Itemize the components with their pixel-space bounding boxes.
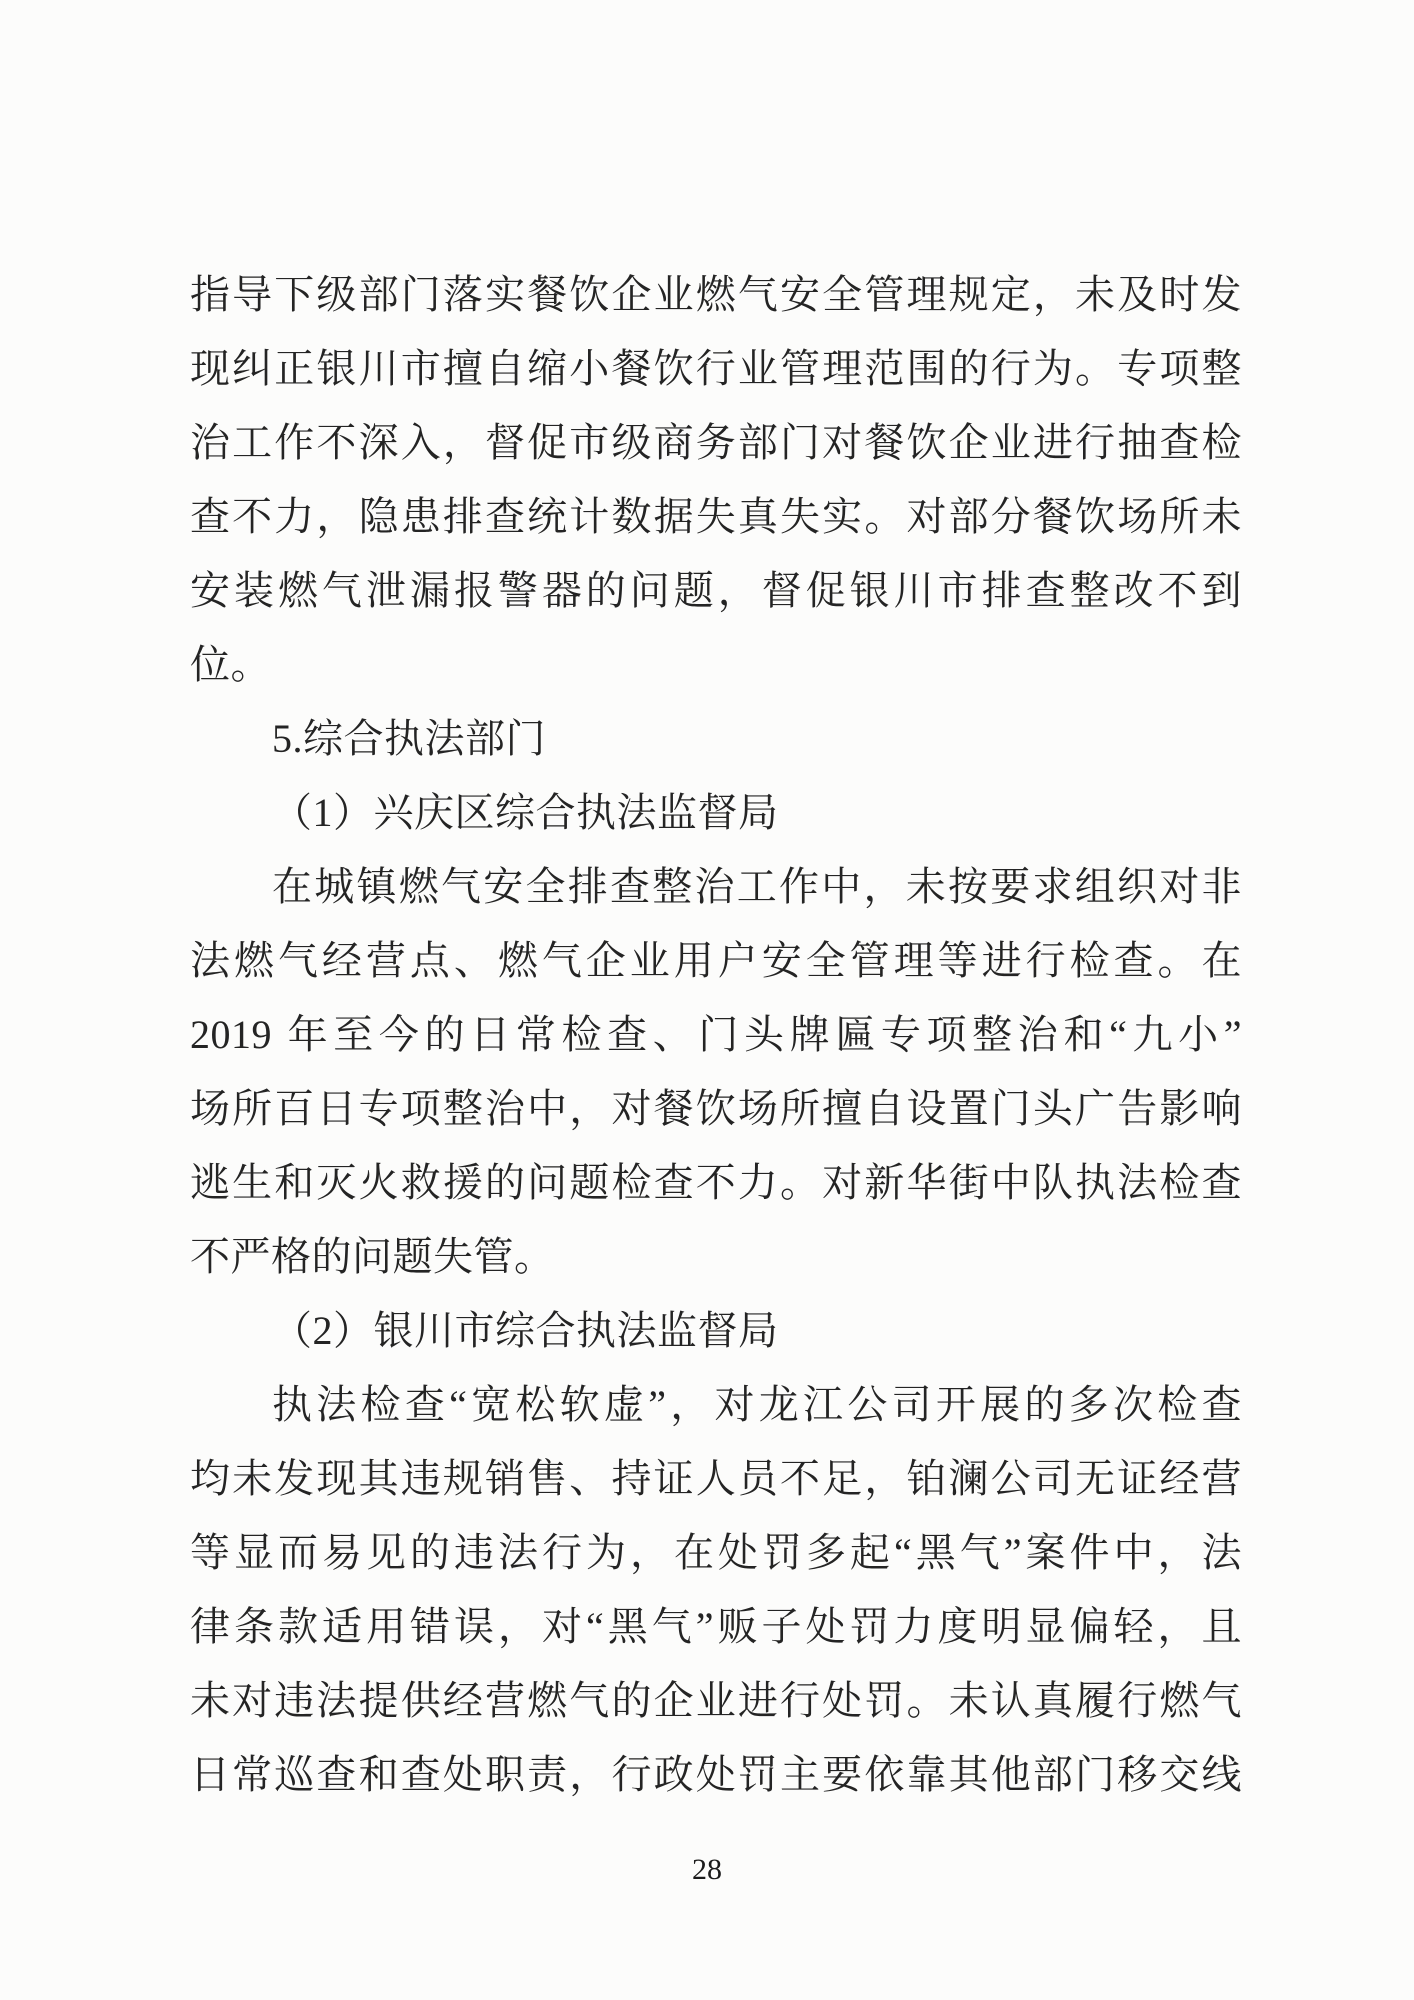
text-line: 查不力，隐患排查统计数据失真失实。对部分餐饮场所未 bbox=[190, 480, 1242, 554]
text-line: 场所百日专项整治中，对餐饮场所擅自设置门头广告影响 bbox=[190, 1072, 1242, 1146]
text-line: 治工作不深入，督促市级商务部门对餐饮企业进行抽查检 bbox=[190, 406, 1242, 480]
section-heading: 5.综合执法部门 bbox=[190, 702, 1242, 776]
text-line: 现纠正银川市擅自缩小餐饮行业管理范围的行为。专项整 bbox=[190, 332, 1242, 406]
text-line: 均未发现其违规销售、持证人员不足，铂澜公司无证经营 bbox=[190, 1442, 1242, 1516]
text-line: 位。 bbox=[190, 628, 1242, 702]
text-line: 等显而易见的违法行为，在处罚多起“黑气”案件中，法 bbox=[190, 1516, 1242, 1590]
text-line: 在城镇燃气安全排查整治工作中，未按要求组织对非 bbox=[190, 850, 1242, 924]
subsection-heading: （2）银川市综合执法监督局 bbox=[190, 1294, 1242, 1368]
text-line: 2019 年至今的日常检查、门头牌匾专项整治和“九小” bbox=[190, 998, 1242, 1072]
document-page: 指导下级部门落实餐饮企业燃气安全管理规定，未及时发 现纠正银川市擅自缩小餐饮行业… bbox=[0, 0, 1414, 2000]
document-body: 指导下级部门落实餐饮企业燃气安全管理规定，未及时发 现纠正银川市擅自缩小餐饮行业… bbox=[190, 258, 1242, 1812]
text-line: 不严格的问题失管。 bbox=[190, 1220, 1242, 1294]
text-line: 未对违法提供经营燃气的企业进行处罚。未认真履行燃气 bbox=[190, 1664, 1242, 1738]
text-line: 安装燃气泄漏报警器的问题，督促银川市排查整改不到 bbox=[190, 554, 1242, 628]
text-line: 法燃气经营点、燃气企业用户安全管理等进行检查。在 bbox=[190, 924, 1242, 998]
text-line: 执法检查“宽松软虚”，对龙江公司开展的多次检查 bbox=[190, 1368, 1242, 1442]
text-line: 逃生和灭火救援的问题检查不力。对新华街中队执法检查 bbox=[190, 1146, 1242, 1220]
subsection-heading: （1）兴庆区综合执法监督局 bbox=[190, 776, 1242, 850]
text-line: 日常巡查和查处职责，行政处罚主要依靠其他部门移交线 bbox=[190, 1738, 1242, 1812]
page-number: 28 bbox=[0, 1850, 1414, 1890]
text-line: 律条款适用错误，对“黑气”贩子处罚力度明显偏轻，且 bbox=[190, 1590, 1242, 1664]
text-line: 指导下级部门落实餐饮企业燃气安全管理规定，未及时发 bbox=[190, 258, 1242, 332]
